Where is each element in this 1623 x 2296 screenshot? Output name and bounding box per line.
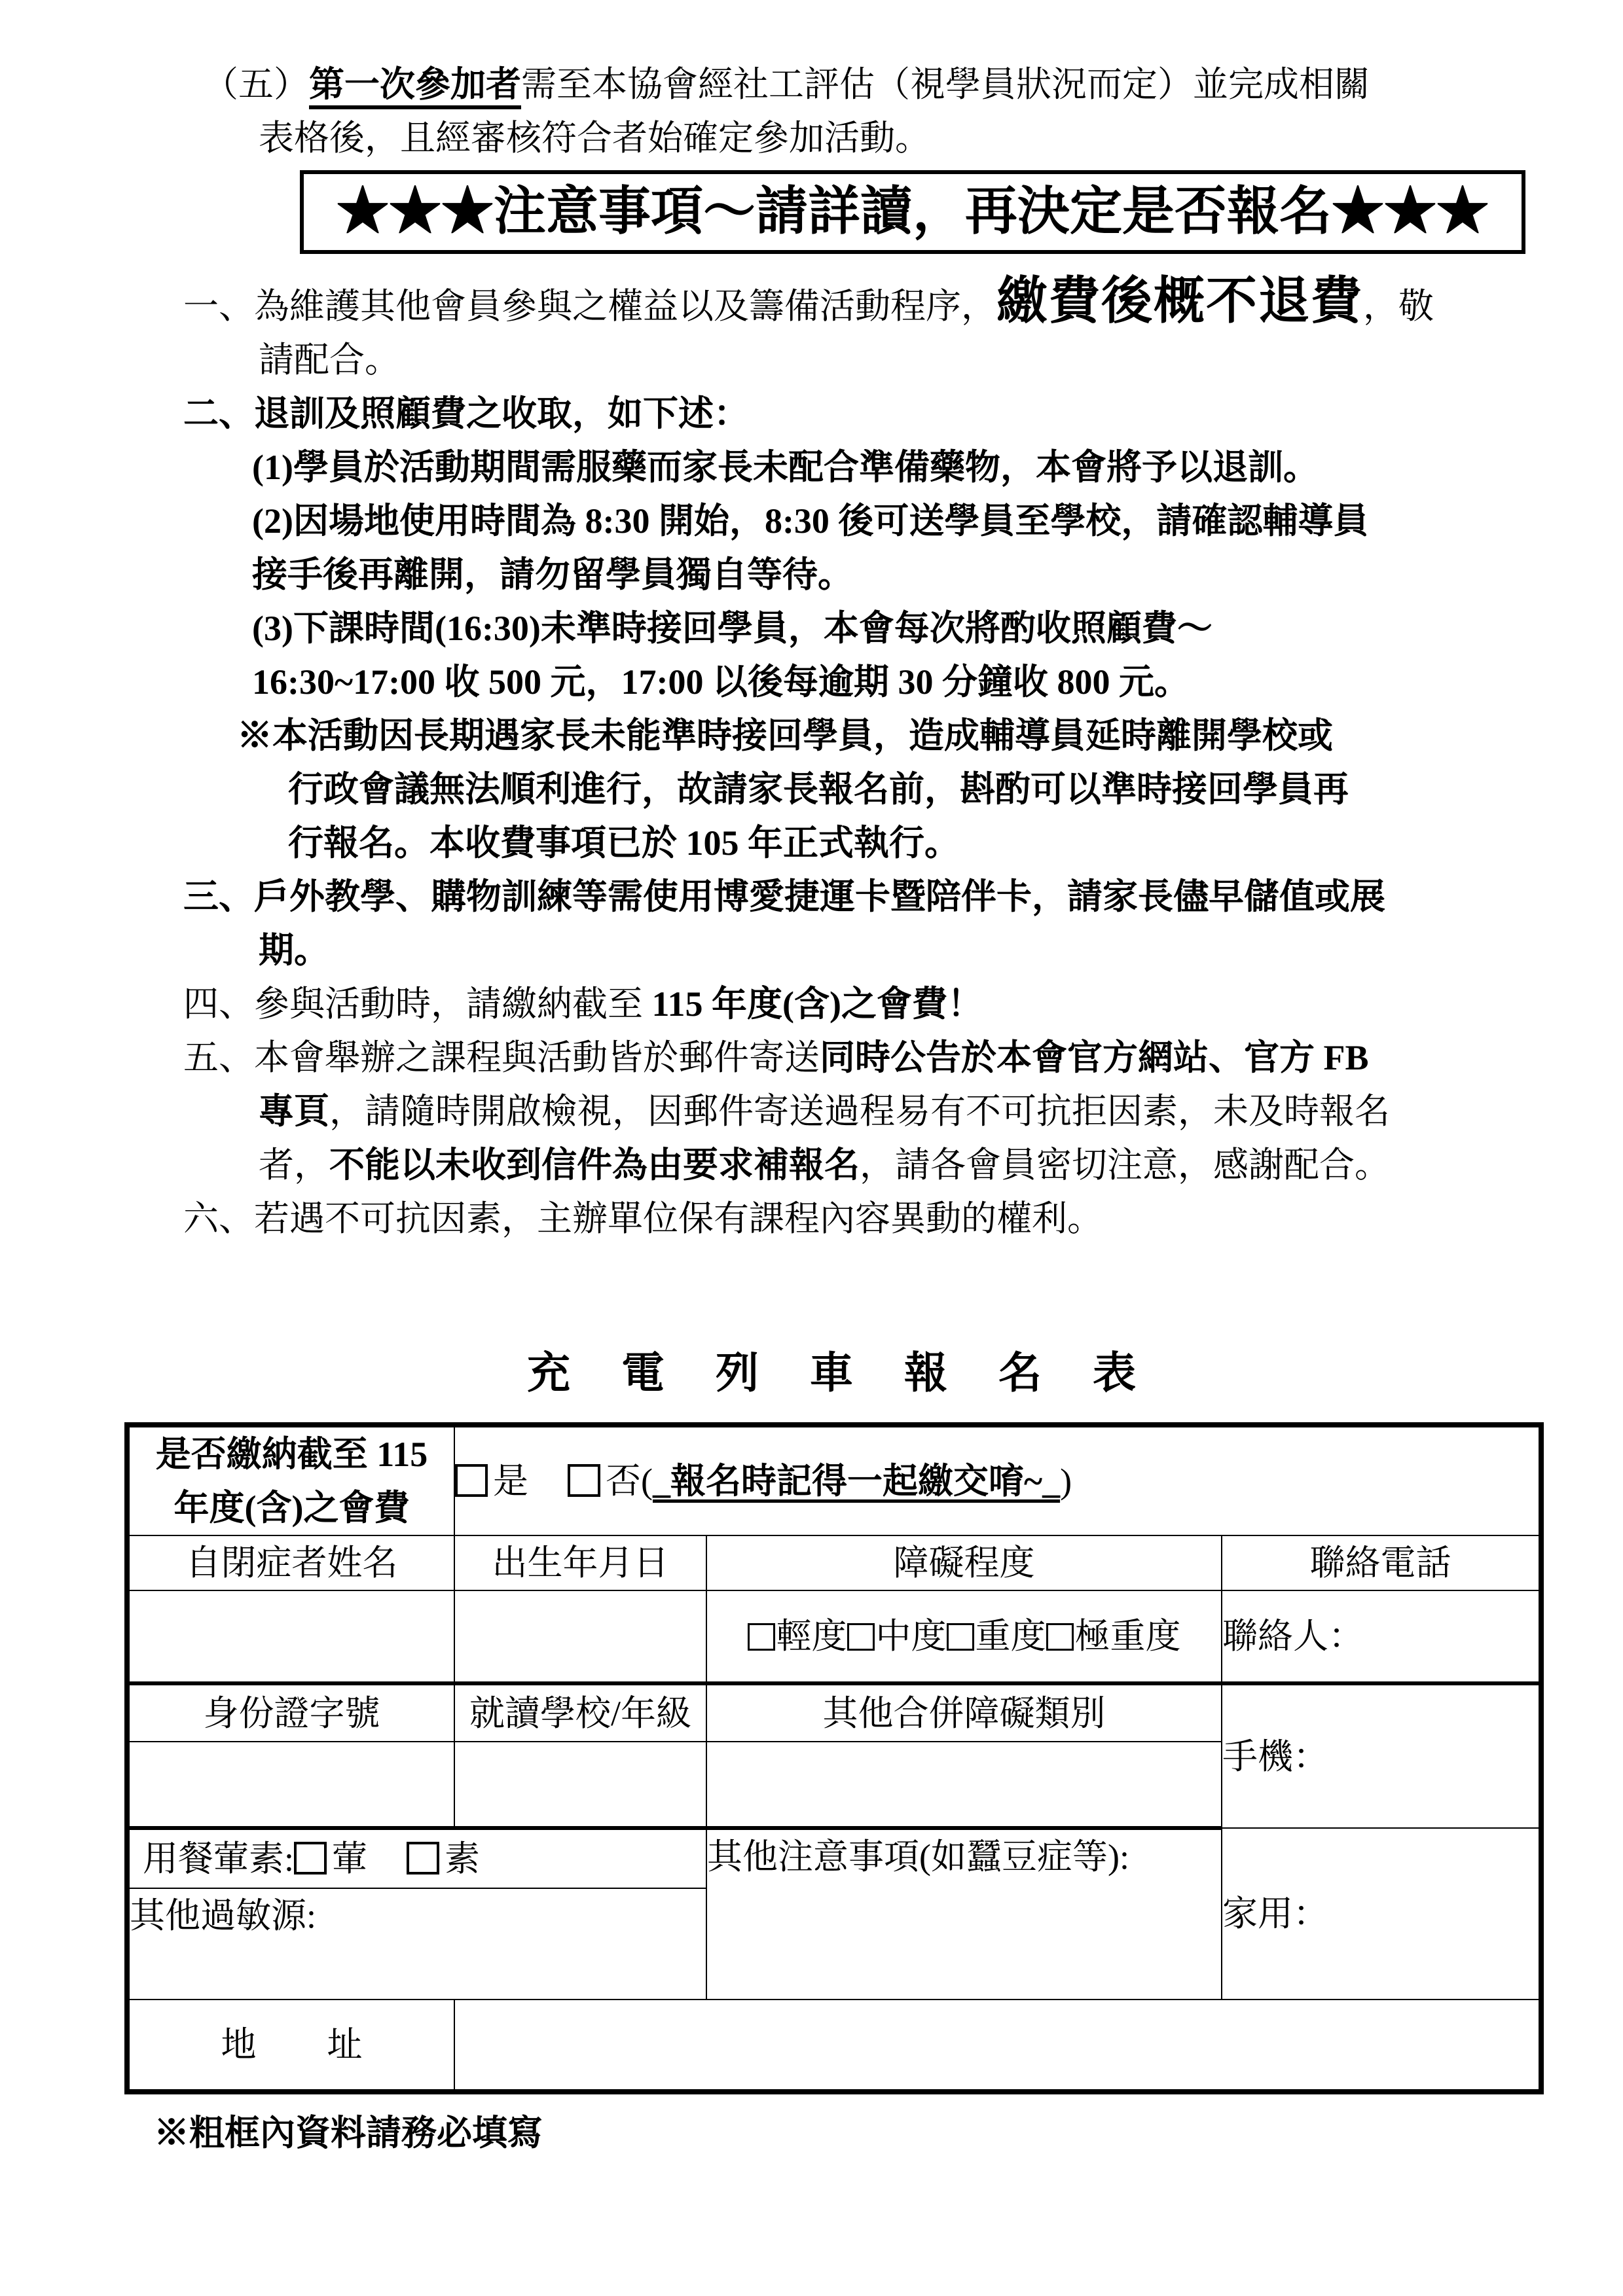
severity-moderate-checkbox[interactable] <box>847 1623 875 1651</box>
sub-item-2: (2)因場地使用時間為 8:30 開始，8:30 後可送學員至學校，請確認輔導員… <box>252 494 1575 601</box>
item5-s2: 專頁 <box>259 1092 329 1131</box>
item4-marker: 四、 <box>183 984 254 1024</box>
item1-post1: ，敬 <box>1363 287 1434 326</box>
sub3-line1: 下課時間(16:30)未準時接回學員，本會每次將酌收照顧費～ <box>293 609 1213 648</box>
header-id-cell: 身份證字號 <box>127 1683 454 1742</box>
header-severity-cell: 障礙程度 <box>706 1535 1222 1590</box>
note-item: ※本活動因長期遇家長未能準時接回學員，造成輔導員延時離開學校或 行政會議無法順利… <box>237 709 1623 870</box>
severity-profound-label: 極重度 <box>1075 1617 1181 1656</box>
severity-mild-label: 輕度 <box>776 1617 847 1656</box>
header-other-disability-cell: 其他合併障礙類別 <box>706 1683 1222 1742</box>
list-item-3: 三、戶外教學、購物訓練等需使用博愛捷運卡暨陪伴卡，請家長儘早儲值或展 期。 <box>183 870 1623 977</box>
item3-line2: 期。 <box>259 931 329 970</box>
header-school-cell: 就讀學校/年級 <box>454 1683 706 1742</box>
notes-list: 一、為維護其他會員參與之權益以及籌備活動程序，繳費後概不退費，敬 請配合。 二、… <box>0 274 1623 1246</box>
fee-yes-label: 是 <box>493 1462 528 1501</box>
sub-item-3: (3)下課時間(16:30)未準時接回學員，本會每次將酌收照顧費～ 16:30~… <box>252 601 1575 709</box>
intro-line1-rest: 需至本協會經社工評估（視學員狀況而定）並完成相關 <box>521 65 1370 104</box>
item1-post2: 請配合。 <box>259 340 400 380</box>
home-phone-cell[interactable]: 家用： <box>1222 1828 1541 2000</box>
intro-line2: 表格後，且經審核符合者始確定參加活動。 <box>259 118 930 158</box>
fee-label-line1: 是否繳納截至 115 <box>156 1435 428 1474</box>
item3-line1: 戶外教學、購物訓練等需使用博愛捷運卡暨陪伴卡，請家長儘早儲值或展 <box>254 877 1385 916</box>
fee-no-label: 否 <box>606 1462 641 1501</box>
header-name-cell: 自閉症者姓名 <box>127 1535 454 1590</box>
item4-bold: 115 年度(含)之會費！ <box>652 984 983 1024</box>
note-line2: 行政會議無法順利進行，故請家長報名前，斟酌可以準時接回學員再 <box>288 770 1349 809</box>
contact-person-label: 聯絡人： <box>1222 1617 1364 1656</box>
item5-s5: 不能以未收到信件為由要求補報名 <box>329 1145 860 1185</box>
contact-person-cell[interactable]: 聯絡人： <box>1222 1590 1541 1683</box>
item5-s4: 者， <box>259 1145 329 1185</box>
item5-s6: ，請各會員密切注意，感謝配合。 <box>860 1145 1390 1185</box>
item5-s0: 本會舉辦之課程與活動皆於郵件寄送 <box>254 1038 820 1077</box>
special-notes-cell[interactable]: 其他注意事項(如蠶豆症等): <box>706 1828 1222 2000</box>
item1-no-refund-phrase: 繳費後概不退費 <box>996 272 1363 329</box>
notice-banner: ★★★注意事項～請詳讀，再決定是否報名★★★ <box>300 170 1525 254</box>
severity-severe-checkbox[interactable] <box>947 1623 974 1651</box>
sub2-line2: 接手後再離開，請勿留學員獨自等待。 <box>252 555 853 594</box>
allergy-cell[interactable]: 其他過敏源: <box>127 1888 706 2000</box>
birth-input-cell[interactable] <box>454 1590 706 1683</box>
fee-note-close: ) <box>1060 1462 1072 1501</box>
meal-veg-label: 素 <box>445 1839 480 1878</box>
note-line1: 本活動因長期遇家長未能準時接回學員，造成輔導員延時離開學校或 <box>272 716 1333 755</box>
meal-veg-checkbox[interactable] <box>407 1842 439 1874</box>
fee-row: 是否繳納截至 115 年度(含)之會費 是否(_報名時記得一起繳交唷~_) <box>127 1425 1541 1535</box>
item1-pre: 為維護其他會員參與之權益以及籌備活動程序， <box>254 287 996 326</box>
list-item-1: 一、為維護其他會員參與之權益以及籌備活動程序，繳費後概不退費，敬 請配合。 <box>183 274 1623 387</box>
meal-row: 用餐葷素:葷素 其他注意事項(如蠶豆症等): 家用： <box>127 1828 1541 1888</box>
item4-pre: 參與活動時，請繳納截至 <box>254 984 652 1024</box>
item5-s3: ，請隨時開啟檢視，因郵件寄送過程易有不可抗拒因素，未及時報名 <box>329 1092 1390 1131</box>
sub3-line2: 16:30~17:00 收 500 元，17:00 以後每逾期 30 分鐘收 8… <box>252 662 1190 702</box>
registration-table: 是否繳納截至 115 年度(含)之會費 是否(_報名時記得一起繳交唷~_) 自閉… <box>124 1422 1544 2094</box>
sub1-text: 學員於活動期間需服藥而家長未配合準備藥物，本會將予以退訓。 <box>293 448 1319 487</box>
item5-s1: 同時公告於本會官方網站、官方 FB <box>820 1038 1369 1077</box>
note-marker: ※ <box>237 716 272 755</box>
input-row-1: 輕度中度重度極重度 聯絡人： <box>127 1590 1541 1683</box>
allergy-label: 其他過敏源: <box>130 1896 316 1935</box>
fee-label-line2: 年度(含)之會費 <box>174 1488 410 1528</box>
other-disability-input-cell[interactable] <box>706 1742 1222 1828</box>
fee-question-cell: 是否繳納截至 115 年度(含)之會費 <box>127 1425 454 1535</box>
sub2-line1: 因場地使用時間為 8:30 開始，8:30 後可送學員至學校，請確認輔導員 <box>293 501 1368 541</box>
intro-marker: （五） <box>203 65 309 104</box>
item2-text: 退訓及照顧費之收取，如下述： <box>254 394 749 433</box>
list-item-6: 六、若遇不可抗因素，主辦單位保有課程內容異動的權利。 <box>183 1192 1623 1246</box>
fee-answer-cell[interactable]: 是否(_報名時記得一起繳交唷~_) <box>454 1425 1541 1535</box>
item3-marker: 三、 <box>183 877 254 916</box>
home-phone-label: 家用： <box>1222 1894 1328 1933</box>
severity-mild-checkbox[interactable] <box>748 1623 775 1651</box>
severity-moderate-label: 中度 <box>876 1617 947 1656</box>
list-item-2: 二、退訓及照顧費之收取，如下述： <box>183 387 1623 440</box>
meal-label: 用餐葷素: <box>143 1839 294 1878</box>
fee-note-open: ( <box>641 1462 653 1501</box>
fee-no-checkbox[interactable] <box>568 1464 600 1497</box>
form-title: 充電列車報名表 <box>124 1344 1539 1404</box>
intro-paragraph: （五）第一次參加者需至本協會經社工評估（視學員狀況而定）並完成相關 表格後，且經… <box>203 58 1623 165</box>
address-row: 地 址 <box>127 2000 1541 2092</box>
severity-profound-checkbox[interactable] <box>1046 1623 1074 1651</box>
document-page: （五）第一次參加者需至本協會經社工評估（視學員狀況而定）並完成相關 表格後，且經… <box>0 0 1623 2296</box>
header-row-1: 自閉症者姓名 出生年月日 障礙程度 聯絡電話 <box>127 1535 1541 1590</box>
meal-cell[interactable]: 用餐葷素:葷素 <box>127 1828 706 1888</box>
item1-marker: 一、 <box>183 287 254 326</box>
sub-item-1: (1)學員於活動期間需服藥而家長未配合準備藥物，本會將予以退訓。 <box>252 440 1575 494</box>
note-line3: 行報名。本收費事項已於 105 年正式執行。 <box>288 823 960 863</box>
form-footnote: ※粗框內資料請務必填寫 <box>154 2106 1623 2160</box>
document-content: （五）第一次參加者需至本協會經社工評估（視學員狀況而定）並完成相關 表格後，且經… <box>0 0 1623 2160</box>
mobile-phone-label: 手機： <box>1222 1737 1328 1776</box>
address-input-cell[interactable] <box>454 2000 1541 2092</box>
item6-text: 若遇不可抗因素，主辦單位保有課程內容異動的權利。 <box>254 1199 1103 1238</box>
notice-banner-text: ★★★注意事項～請詳讀，再決定是否報名★★★ <box>337 183 1489 241</box>
fee-yes-checkbox[interactable] <box>455 1464 488 1497</box>
address-label-cell: 地 址 <box>127 2000 454 2092</box>
sub2-marker: (2) <box>252 501 293 541</box>
special-notes-label: 其他注意事項(如蠶豆症等): <box>707 1837 1129 1876</box>
item5-marker: 五、 <box>183 1038 254 1077</box>
header-row-2: 身份證字號 就讀學校/年級 其他合併障礙類別 手機： <box>127 1683 1541 1742</box>
sub3-marker: (3) <box>252 609 293 648</box>
item6-marker: 六、 <box>183 1199 254 1238</box>
header-birth-cell: 出生年月日 <box>454 1535 706 1590</box>
list-item-4: 四、參與活動時，請繳納截至 115 年度(含)之會費！ <box>183 977 1623 1031</box>
school-input-cell[interactable] <box>454 1742 706 1828</box>
item2-marker: 二、 <box>183 394 254 433</box>
name-input-cell[interactable] <box>127 1590 454 1683</box>
intro-bold-phrase: 第一次參加者 <box>309 65 521 109</box>
mobile-phone-cell[interactable]: 手機： <box>1222 1683 1541 1828</box>
id-input-cell[interactable] <box>127 1742 454 1828</box>
severity-severe-label: 重度 <box>976 1617 1046 1656</box>
fee-note-underlined: _報名時記得一起繳交唷~_ <box>653 1462 1060 1501</box>
header-phone-cell: 聯絡電話 <box>1222 1535 1541 1590</box>
severity-options-cell[interactable]: 輕度中度重度極重度 <box>706 1590 1222 1683</box>
meal-meat-label: 葷 <box>332 1839 367 1878</box>
sub1-marker: (1) <box>252 448 293 487</box>
meal-meat-checkbox[interactable] <box>294 1842 327 1874</box>
list-item-5: 五、本會舉辦之課程與活動皆於郵件寄送同時公告於本會官方網站、官方 FB 專頁，請… <box>183 1031 1623 1192</box>
